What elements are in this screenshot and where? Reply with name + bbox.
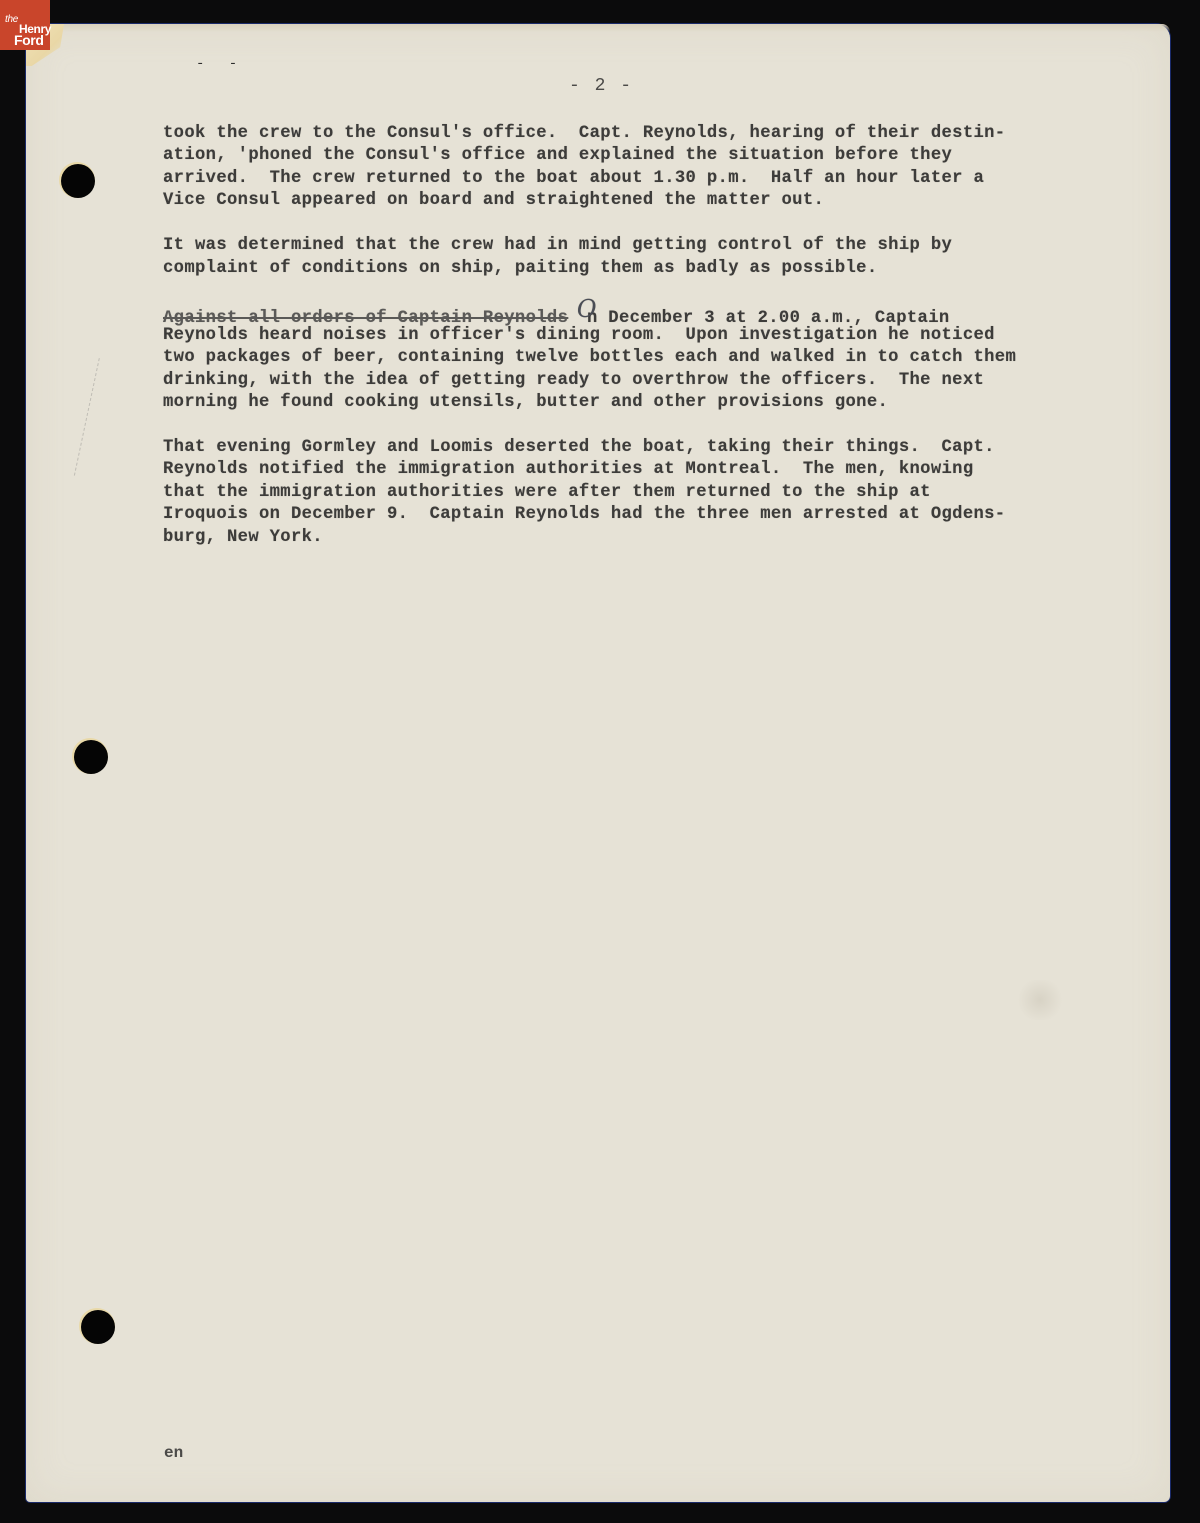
- paper-top-edge: [26, 24, 1170, 32]
- document-scan: the Henry Ford - - - 2 - took the crew t…: [0, 0, 1200, 1523]
- paper-smudge: [1015, 980, 1065, 1020]
- paragraph-beer-incident: Against all orders of Captain Reynolds O…: [163, 303, 1083, 415]
- text-line: arrived. The crew returned to the boat a…: [163, 168, 1083, 190]
- document-body: took the crew to the Consul's office. Ca…: [163, 123, 1083, 572]
- stray-typewriter-marks: - -: [196, 56, 245, 72]
- text-line: That evening Gormley and Loomis deserted…: [163, 437, 1083, 459]
- logo-the: the: [5, 14, 18, 25]
- text-line: complaint of conditions on ship, paiting…: [163, 258, 1083, 280]
- paragraph-crew-intent: It was determined that the crew had in m…: [163, 235, 1083, 280]
- text-line-with-correction: Against all orders of Captain Reynolds O…: [163, 303, 1083, 325]
- text-line: ation, 'phoned the Consul's office and e…: [163, 145, 1083, 167]
- logo-ford: Ford: [14, 32, 44, 48]
- text-line: It was determined that the crew had in m…: [163, 235, 1083, 257]
- text-line: Vice Consul appeared on board and straig…: [163, 190, 1083, 212]
- text-line: took the crew to the Consul's office. Ca…: [163, 123, 1083, 145]
- text-line: two packages of beer, containing twelve …: [163, 347, 1083, 369]
- punch-hole-middle: [74, 740, 108, 774]
- text-line: Iroquois on December 9. Captain Reynolds…: [163, 504, 1083, 526]
- text-line: morning he found cooking utensils, butte…: [163, 392, 1083, 414]
- text-line: that the immigration authorities were af…: [163, 482, 1083, 504]
- text-line: burg, New York.: [163, 527, 1083, 549]
- text-line: Reynolds notified the immigration author…: [163, 459, 1083, 481]
- handwritten-correction: O: [577, 298, 597, 320]
- henry-ford-logo: the Henry Ford: [0, 0, 50, 50]
- text-line: Reynolds heard noises in officer's dinin…: [163, 325, 1083, 347]
- paragraph-desertion: That evening Gormley and Loomis deserted…: [163, 437, 1083, 549]
- typist-initials: en: [164, 1444, 183, 1462]
- text-line: drinking, with the idea of getting ready…: [163, 370, 1083, 392]
- punch-hole-bottom: [81, 1310, 115, 1344]
- page-number: - 2 -: [556, 76, 646, 96]
- punch-hole-top: [61, 164, 95, 198]
- paragraph-consul: took the crew to the Consul's office. Ca…: [163, 123, 1083, 213]
